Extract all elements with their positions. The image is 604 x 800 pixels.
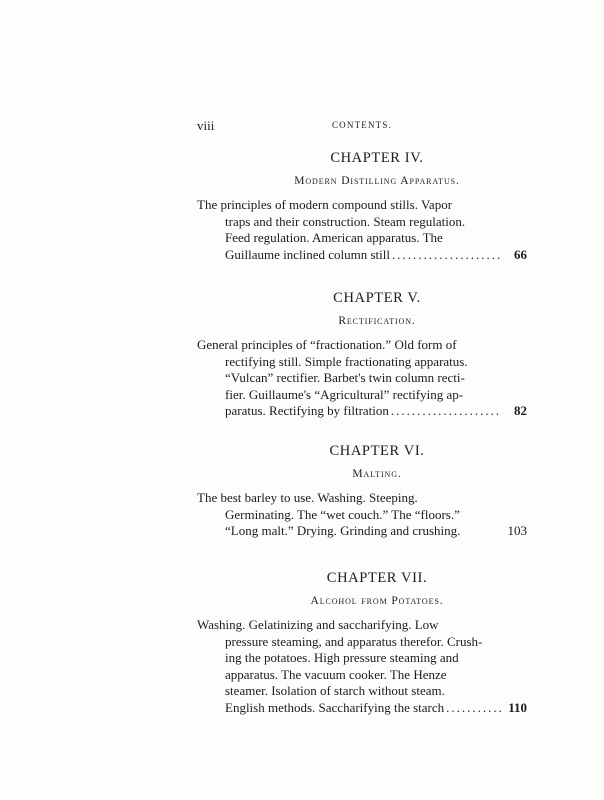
book-page: viii CONTENTS. CHAPTER IV. Modern Distil… bbox=[0, 0, 604, 800]
chapter-summary: Washing. Gelatinizing and saccharifying.… bbox=[197, 617, 527, 717]
toc-entry-last-line: Guillaume inclined column still ........… bbox=[197, 247, 527, 264]
chapter-title: Malting. bbox=[197, 468, 527, 480]
chapter-vi-section: CHAPTER VI. Malting. The best barley to … bbox=[197, 443, 527, 540]
chapter-summary: The principles of modern compound stills… bbox=[197, 197, 527, 263]
summary-line: apparatus. The vacuum cooker. The Henze bbox=[197, 667, 527, 684]
summary-line: ing the potatoes. High pressure steaming… bbox=[197, 650, 527, 667]
chapter-summary: The best barley to use. Washing. Steepin… bbox=[197, 490, 527, 540]
chapter-heading: CHAPTER VII. bbox=[197, 570, 527, 587]
toc-entry-last-line: English methods. Saccharifying the starc… bbox=[197, 700, 527, 717]
dot-leader: ........................................… bbox=[446, 700, 501, 717]
summary-line: Washing. Gelatinizing and saccharifying.… bbox=[197, 617, 527, 634]
page-number: 66 bbox=[503, 247, 527, 264]
running-title: CONTENTS. bbox=[197, 120, 517, 130]
page-number: 82 bbox=[503, 403, 527, 420]
chapter-v-section: CHAPTER V. Rectification. General princi… bbox=[197, 290, 527, 420]
summary-line: “Long malt.” Drying. Grinding and crushi… bbox=[225, 523, 460, 540]
summary-line: The best barley to use. Washing. Steepin… bbox=[197, 490, 527, 507]
summary-line: rectifying still. Simple fractionating a… bbox=[197, 354, 527, 371]
running-head: viii CONTENTS. bbox=[197, 118, 517, 134]
summary-line: The principles of modern compound stills… bbox=[197, 197, 527, 214]
summary-line: General principles of “fractionation.” O… bbox=[197, 337, 527, 354]
summary-line: steamer. Isolation of starch without ste… bbox=[197, 683, 527, 700]
chapter-heading: CHAPTER IV. bbox=[197, 150, 527, 167]
chapter-title: Rectification. bbox=[197, 315, 527, 327]
chapter-vii-section: CHAPTER VII. Alcohol from Potatoes. Wash… bbox=[197, 570, 527, 717]
page-number: 103 bbox=[503, 523, 527, 540]
summary-line: Guillaume inclined column still bbox=[225, 247, 390, 264]
summary-line: pressure steaming, and apparatus therefo… bbox=[197, 634, 527, 651]
summary-line: English methods. Saccharifying the starc… bbox=[225, 700, 444, 717]
chapter-heading: CHAPTER VI. bbox=[197, 443, 527, 460]
chapter-heading: CHAPTER V. bbox=[197, 290, 527, 307]
chapter-summary: General principles of “fractionation.” O… bbox=[197, 337, 527, 420]
summary-line: Germinating. The “wet couch.” The “floor… bbox=[197, 507, 527, 524]
dot-leader: ........................................… bbox=[391, 403, 501, 420]
chapter-title: Alcohol from Potatoes. bbox=[197, 595, 527, 607]
chapter-iv-section: CHAPTER IV. Modern Distilling Apparatus.… bbox=[197, 150, 527, 263]
page-number: 110 bbox=[503, 700, 527, 717]
toc-entry-last-line: paratus. Rectifying by filtration ......… bbox=[197, 403, 527, 420]
summary-line: fier. Guillaume's “Agricultural” rectify… bbox=[197, 387, 527, 404]
summary-line: Feed regulation. American apparatus. The bbox=[197, 230, 527, 247]
summary-line: paratus. Rectifying by filtration bbox=[225, 403, 389, 420]
summary-line: “Vulcan” rectifier. Barbet's twin column… bbox=[197, 370, 527, 387]
chapter-title: Modern Distilling Apparatus. bbox=[197, 175, 527, 187]
dot-leader: ........................................… bbox=[392, 247, 501, 264]
toc-entry-last-line: “Long malt.” Drying. Grinding and crushi… bbox=[197, 523, 527, 540]
summary-line: traps and their construction. Steam regu… bbox=[197, 214, 527, 231]
